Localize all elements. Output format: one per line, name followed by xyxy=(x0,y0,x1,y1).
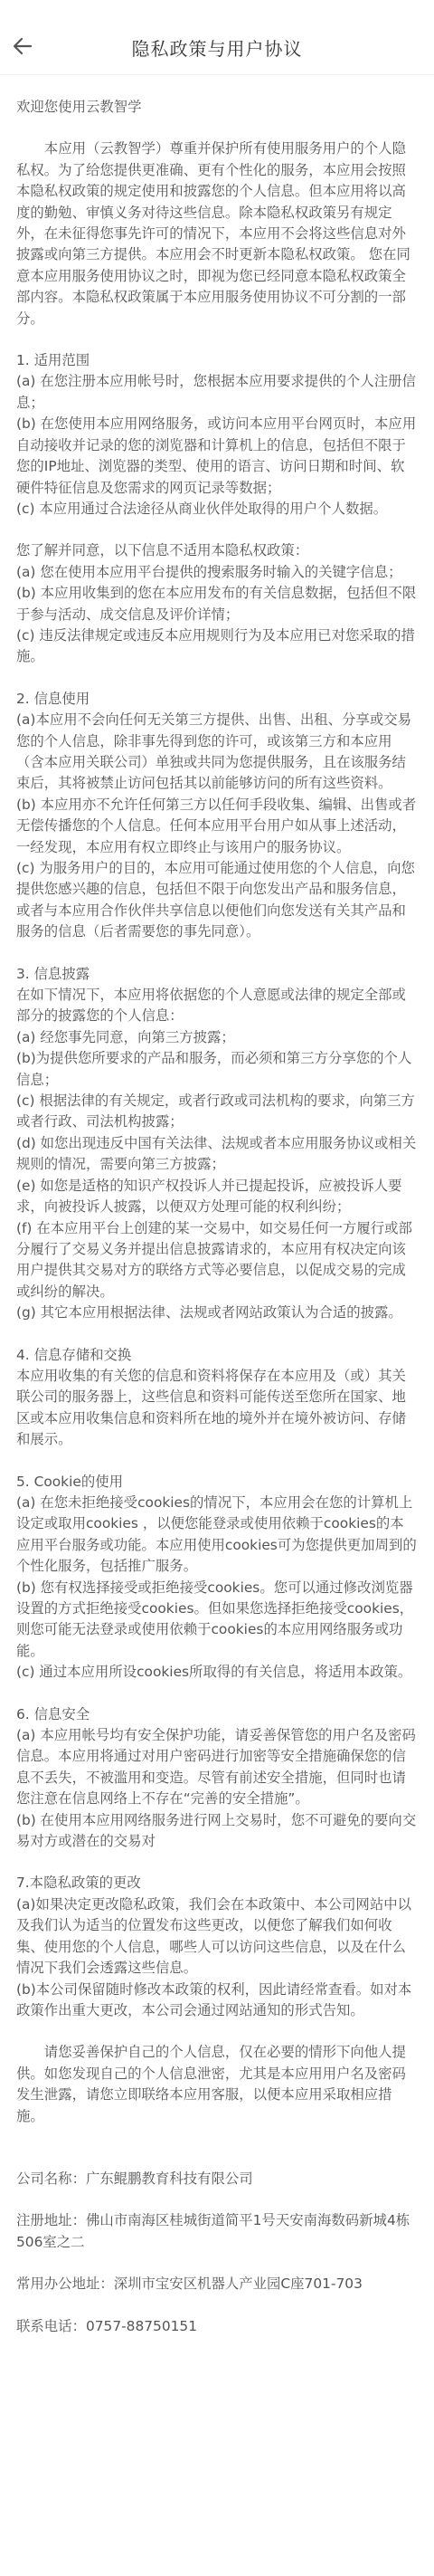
section-item: (b) 在使用本应用网络服务进行网上交易时，您不可避免的要向交易对方或潜在的交易… xyxy=(16,1810,418,1853)
section-item: (a) 经您事先同意，向第三方披露； xyxy=(16,1027,418,1048)
section-heading: 5. Cookie的使用 xyxy=(16,1472,418,1493)
section-item: (e) 如您是适格的知识产权投诉人并已提起投诉，应被投诉人要求，向被投诉人披露，… xyxy=(16,1176,418,1218)
section-1: 1. 适用范围 (a) 在您注册本应用帐号时，您根据本应用要求提供的个人注册信息… xyxy=(16,350,418,668)
section-item: (a) 在您注册本应用帐号时，您根据本应用要求提供的个人注册信息； xyxy=(16,371,418,414)
section-item: (a) 本应用帐号均有安全保护功能，请妥善保管您的用户名及密码信息。本应用将通过… xyxy=(16,1725,418,1810)
section-item: (a)如果决定更改隐私政策，我们会在本政策中、本公司网站中以及我们认为适当的位置… xyxy=(16,1894,418,1980)
company-name: 公司名称：广东鲲鹏教育科技有限公司 xyxy=(16,2169,418,2190)
policy-content[interactable]: 欢迎您使用云教智学 本应用（云教智学）尊重并保护所有使用服务用户的个人隐私权。为… xyxy=(0,75,434,2373)
registered-address: 注册地址：佛山市南海区桂城街道简平1号天安南海数码新城4栋506室之二 xyxy=(16,2210,418,2253)
section-note: 您了解并同意，以下信息不适用本隐私权政策： xyxy=(16,540,418,561)
section-4: 4. 信息存储和交换 本应用收集的有关您的信息和资料将保存在本应用及（或）其关联… xyxy=(16,1345,418,1451)
closing-paragraph: 请您妥善保护自己的个人信息，仅在必要的情形下向他人提供。如您发现自己的个人信息泄… xyxy=(16,2042,418,2127)
welcome-text: 欢迎您使用云教智学 xyxy=(16,97,418,118)
contact-phone[interactable]: 联系电话：0757-88750151 xyxy=(16,2316,418,2337)
section-heading: 7.本隐私政策的更改 xyxy=(16,1873,418,1894)
top-app-bar: 隐私政策与用户协议 xyxy=(0,0,434,75)
page-title: 隐私政策与用户协议 xyxy=(0,34,434,61)
section-item: (f) 在本应用平台上创建的某一交易中，如交易任何一方履行或部分履行了交易义务并… xyxy=(16,1218,418,1303)
section-heading: 2. 信息使用 xyxy=(16,689,418,710)
section-item: (c) 本应用通过合法途径从商业伙伴处取得的用户个人数据。 xyxy=(16,499,418,520)
intro-paragraph: 本应用（云教智学）尊重并保护所有使用服务用户的个人隐私权。为了给您提供更准确、更… xyxy=(16,138,418,329)
section-heading: 3. 信息披露 xyxy=(16,964,418,985)
section-item: (d) 如您出现违反中国有关法律、法规或者本应用服务协议或相关规则的情况，需要向… xyxy=(16,1133,418,1176)
section-item: 本应用收集的有关您的信息和资料将保存在本应用及（或）其关联公司的服务器上，这些信… xyxy=(16,1366,418,1451)
section-item: (b)为提供您所要求的产品和服务，而必须和第三方分享您的个人信息； xyxy=(16,1048,418,1091)
section-item: (a) 您在使用本应用平台提供的搜索服务时输入的关键字信息； xyxy=(16,562,418,583)
section-item: (a) 在您未拒绝接受cookies的情况下，本应用会在您的计算机上设定或取用c… xyxy=(16,1493,418,1578)
office-address: 常用办公地址：深圳市宝安区机器人产业园C座701-703 xyxy=(16,2274,418,2295)
section-item: (b) 本应用亦不允许任何第三方以任何手段收集、编辑、出售或者无偿传播您的个人信… xyxy=(16,795,418,858)
section-item: (c) 违反法律规定或违反本应用规则行为及本应用已对您采取的措施。 xyxy=(16,625,418,668)
section-heading: 1. 适用范围 xyxy=(16,350,418,371)
section-heading: 6. 信息安全 xyxy=(16,1704,418,1725)
section-lead: 在如下情况下，本应用将依据您的个人意愿或法律的规定全部或部分的披露您的个人信息： xyxy=(16,985,418,1027)
section-item: (b) 本应用收集到的您在本应用发布的有关信息数据，包括但不限于参与活动、成交信… xyxy=(16,583,418,625)
section-heading: 4. 信息存储和交换 xyxy=(16,1345,418,1366)
section-5: 5. Cookie的使用 (a) 在您未拒绝接受cookies的情况下，本应用会… xyxy=(16,1472,418,1684)
section-item: (a)本应用不会向任何无关第三方提供、出售、出租、分享或交易您的个人信息，除非事… xyxy=(16,710,418,795)
section-2: 2. 信息使用 (a)本应用不会向任何无关第三方提供、出售、出租、分享或交易您的… xyxy=(16,689,418,943)
section-3: 3. 信息披露 在如下情况下，本应用将依据您的个人意愿或法律的规定全部或部分的披… xyxy=(16,964,418,1324)
section-6: 6. 信息安全 (a) 本应用帐号均有安全保护功能，请妥善保管您的用户名及密码信… xyxy=(16,1704,418,1853)
section-item: (c) 为服务用户的目的，本应用可能通过使用您的个人信息，向您提供您感兴趣的信息… xyxy=(16,858,418,943)
section-item: (g) 其它本应用根据法律、法规或者网站政策认为合适的披露。 xyxy=(16,1302,418,1323)
section-item: (b) 在您使用本应用网络服务，或访问本应用平台网页时，本应用自动接收并记录的您… xyxy=(16,414,418,499)
section-7: 7.本隐私政策的更改 (a)如果决定更改隐私政策，我们会在本政策中、本公司网站中… xyxy=(16,1873,418,2021)
section-item: (b)本公司保留随时修改本政策的权利，因此请经常查看。如对本政策作出重大更改，本… xyxy=(16,1980,418,2022)
section-item: (b) 您有权选择接受或拒绝接受cookies。您可以通过修改浏览器设置的方式拒… xyxy=(16,1578,418,1663)
section-item: (c) 通过本应用所设cookies所取得的有关信息，将适用本政策。 xyxy=(16,1662,418,1683)
section-item: (c) 根据法律的有关规定，或者行政或司法机构的要求，向第三方或者行政、司法机构… xyxy=(16,1091,418,1133)
